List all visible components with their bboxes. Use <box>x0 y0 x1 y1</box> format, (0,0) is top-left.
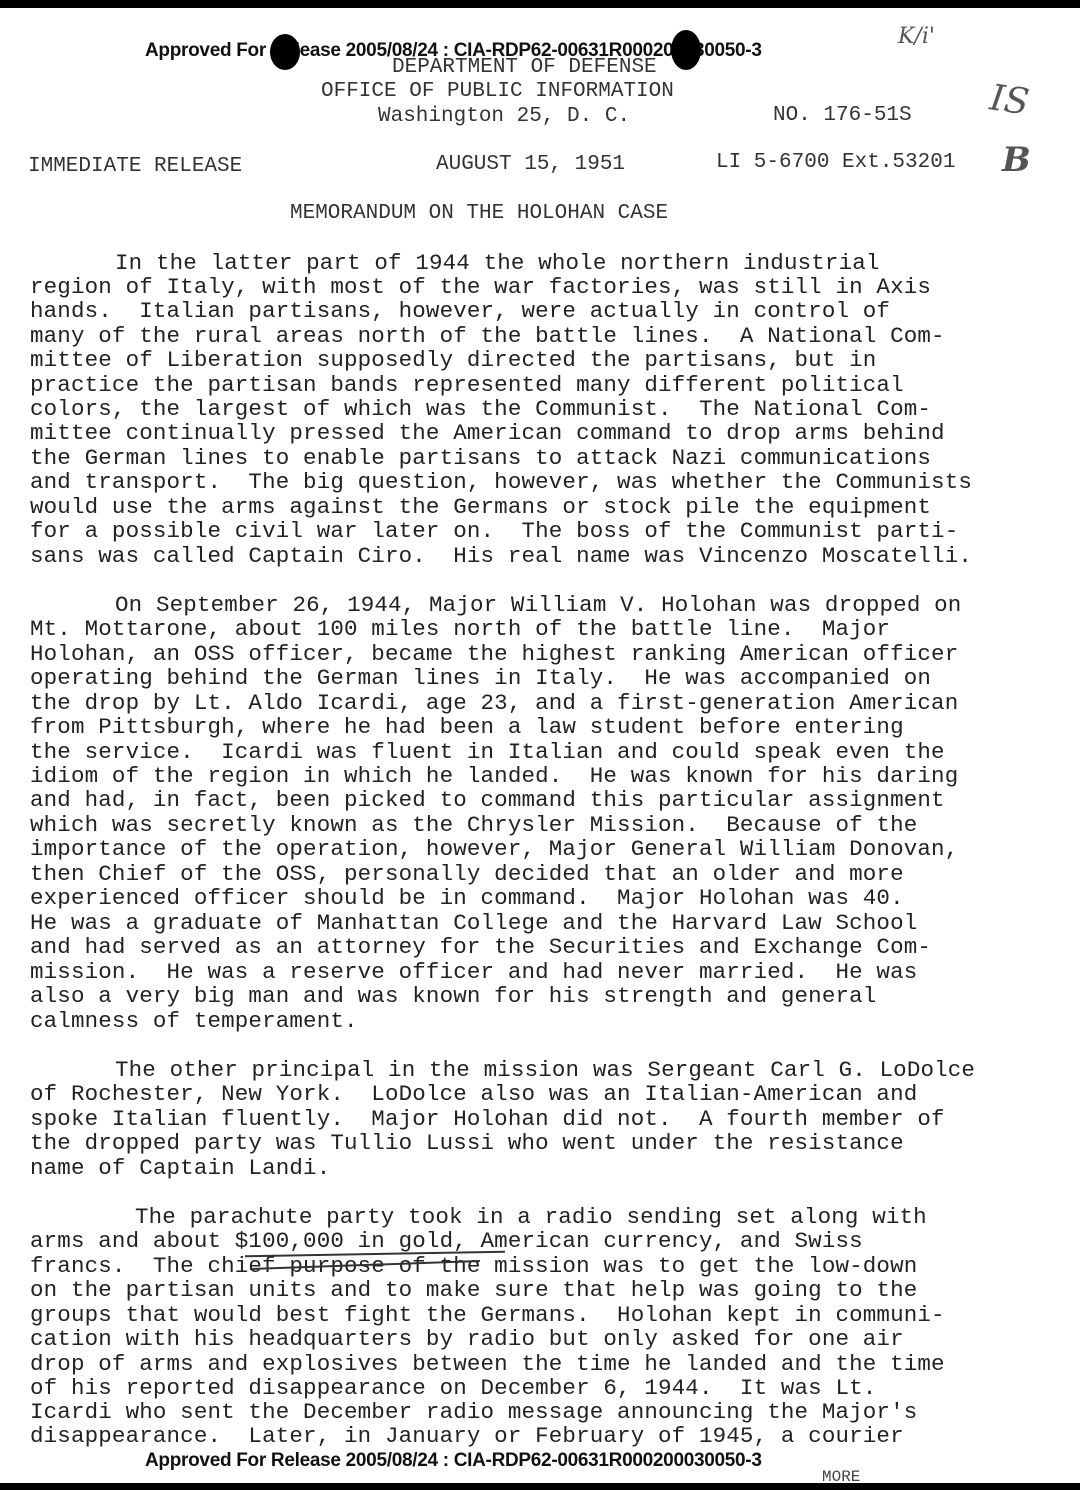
release-number: NO. 176-51S <box>773 104 912 128</box>
handwritten-mark: K/i' <box>898 24 935 49</box>
release-type: IMMEDIATE RELEASE <box>28 155 242 179</box>
department-heading: DEPARTMENT OF DEFENSE <box>392 56 657 80</box>
redaction-blot <box>671 30 701 70</box>
scan-top-border <box>0 0 1080 8</box>
phone-extension: LI 5-6700 Ext.53201 <box>716 151 955 175</box>
address: Washington 25, D. C. <box>378 105 630 129</box>
redaction-blot <box>270 34 300 70</box>
release-stamp-bottom: Approved For Release 2005/08/24 : CIA-RD… <box>145 1450 762 1472</box>
office-heading: OFFICE OF PUBLIC INFORMATION <box>321 80 674 104</box>
handwritten-circled-mark: B <box>1002 140 1031 180</box>
scan-bottom-border <box>0 1483 1080 1490</box>
memo-title: MEMORANDUM ON THE HOLOHAN CASE <box>290 202 668 226</box>
handwritten-side-mark: IS <box>987 77 1031 123</box>
release-date: AUGUST 15, 1951 <box>436 153 625 177</box>
